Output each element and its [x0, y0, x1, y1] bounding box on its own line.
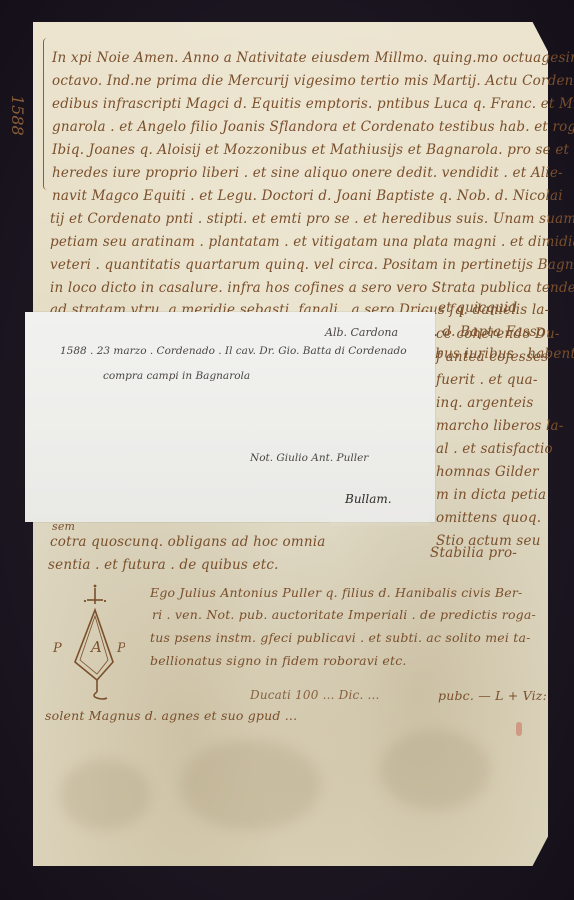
text-line: heredes iure proprio liberi . et sine al…: [52, 165, 563, 181]
notary-signum-icon: A P P: [45, 580, 125, 700]
margin-note-year: 1588: [8, 95, 27, 136]
text-line: marcho liberos la-: [436, 418, 564, 434]
text-line: Ego Julius Antonius Puller q. filius d. …: [150, 585, 522, 600]
water-stain: [380, 730, 490, 810]
text-line: m in dicta petia: [436, 487, 546, 503]
text-line: bellionatus signo in fidem roboravi etc.: [150, 653, 407, 668]
text-line: ce coherendo Du-: [436, 326, 560, 342]
closing-line: solent Magnus d. agnes et suo gpud ...: [45, 708, 297, 723]
text-line: gnarola . et Angelo filio Joanis Sflando…: [52, 119, 574, 135]
text-line: petiam seu aratinam . plantatam . et vit…: [50, 234, 574, 250]
svg-text:P: P: [52, 641, 62, 656]
text-line: cotra quoscunq. obligans ad hoc omnia: [50, 534, 326, 550]
archival-slip: Alb. Cardona 1588 . 23 marzo . Cordenado…: [25, 312, 435, 522]
text-line: ri . ven. Not. pub. auctoritate Imperial…: [152, 607, 536, 622]
text-line: omittens quoq.: [436, 510, 541, 526]
svg-text:A: A: [89, 638, 102, 656]
text-line: Ibiq. Joanes q. Aloisij et Mozzonibus et…: [52, 142, 574, 158]
text-line: Stabilia pro-: [430, 545, 517, 561]
text-line: navit Magco Equiti . et Legu. Doctori d.…: [52, 188, 563, 204]
text-line: sem: [52, 520, 75, 533]
text-line: veteri . quantitatis quartarum quinq. ve…: [50, 257, 574, 273]
text-line: sentia . et futura . de quibus etc.: [48, 557, 279, 573]
text-line: octavo. Ind.ne prima die Mercurij vigesi…: [52, 73, 574, 89]
slip-signature: Bullam.: [345, 492, 392, 506]
water-stain: [60, 760, 150, 830]
slip-notary-label: Not. Giulio Ant. Puller: [250, 452, 368, 464]
text-line: tus psens instm. gfeci publicavi . et su…: [150, 630, 531, 645]
text-line: al . et satisfactio: [436, 441, 553, 457]
slip-torn-edge: [330, 505, 430, 527]
margin-bracket: [43, 38, 52, 190]
text-line: fuerit . et qua-: [436, 372, 538, 388]
text-line: edibus infrascripti Magci d. Equitis emp…: [52, 96, 574, 112]
svg-text:P: P: [116, 641, 125, 656]
text-line: In xpi Noie Amen. Anno a Nativitate eius…: [52, 50, 574, 66]
water-stain: [180, 740, 320, 830]
text-line: tij et Cordenato pnti . stipti. et emti …: [50, 211, 574, 227]
closing-line: pubc. — L + Viz:: [438, 688, 547, 703]
text-line: homnas Gilder: [436, 464, 539, 480]
text-line: in loco dicto in casalure. infra hos cof…: [50, 280, 574, 296]
slip-top-right-note: Alb. Cardona: [325, 326, 398, 339]
red-ink-mark: [516, 722, 522, 736]
slip-summary-line-1: 1588 . 23 marzo . Cordenado . Il cav. Dr…: [60, 345, 407, 357]
text-line: f antea cofesses: [436, 349, 548, 365]
closing-line-prefix: Ducati 100 ... Dic. ...: [250, 688, 380, 702]
text-line: inq. argenteis: [436, 395, 534, 411]
slip-summary-line-2: compra campi in Bagnarola: [103, 370, 250, 382]
